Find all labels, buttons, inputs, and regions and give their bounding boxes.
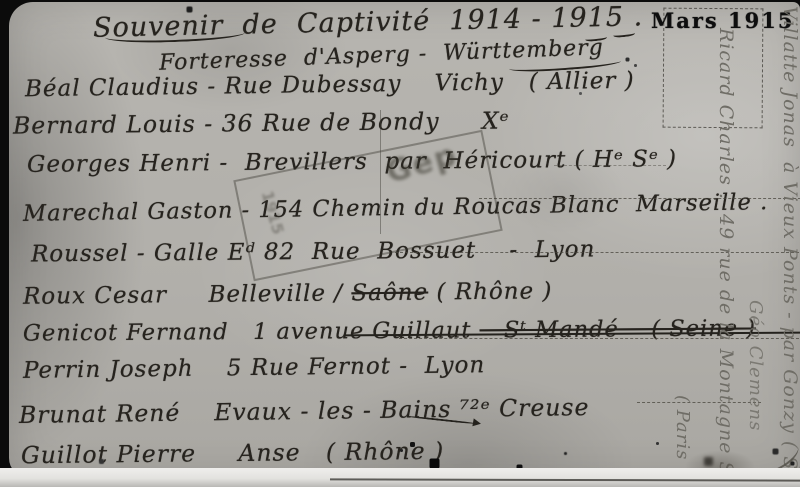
postage-stamp-box — [663, 8, 764, 129]
entry-line: Bernard Louis - 36 Rue de Bondy Xᵉ — [13, 106, 510, 139]
pencil-note-ricard: Ricard Charles . 49 rue de la Montagne S… — [715, 28, 737, 474]
address-line — [399, 338, 799, 339]
squiggle-mark — [613, 29, 636, 38]
address-line — [395, 252, 799, 253]
address-line — [479, 198, 800, 199]
entry-line: Brunat René Evaux - les - Bains ⁷²ᵉ Creu… — [19, 393, 590, 429]
scan-backing — [0, 468, 800, 487]
postcard-back: Souvenir de Captivité 1914 - 1915 . Fort… — [9, 2, 800, 478]
entry-line: Perrin Joseph 5 Rue Fernot - Lyon — [23, 352, 486, 384]
entry-line: Béal Claudius - Rue Dubessay Vichy ( All… — [25, 68, 635, 103]
squiggle-mark — [585, 33, 608, 42]
pencil-note-inner: Géo Clemens — [745, 300, 766, 462]
censor-stamp-number: 1915 — [258, 189, 288, 237]
creuse-flourish-arrowhead — [472, 418, 481, 427]
entry-text: Genicot Fernand 1 avenue Guillaut — [23, 317, 480, 346]
entry-line: Guillot Pierre Anse ( Rhône ) — [21, 437, 445, 469]
ink-specks — [9, 2, 10, 3]
entry-text: Roux Cesar Belleville / — [23, 280, 352, 309]
address-line — [637, 402, 761, 403]
censor-stamp-text: Gep — [382, 137, 461, 190]
entry-line: Genicot Fernand 1 avenue Guillaut Sᵗ Man… — [23, 315, 756, 346]
struck-text: Saône — [351, 280, 428, 307]
address-line — [554, 165, 666, 166]
censor-stamp-artifact — [380, 110, 381, 234]
entry-text: ( Rhône ) — [428, 278, 553, 305]
pencil-note-villatte: Villatte Jonas à Vieux Ponts - par Gonzy… — [779, 6, 800, 462]
entry-line: Roux Cesar Belleville / Saône ( Rhône ) — [23, 278, 553, 310]
